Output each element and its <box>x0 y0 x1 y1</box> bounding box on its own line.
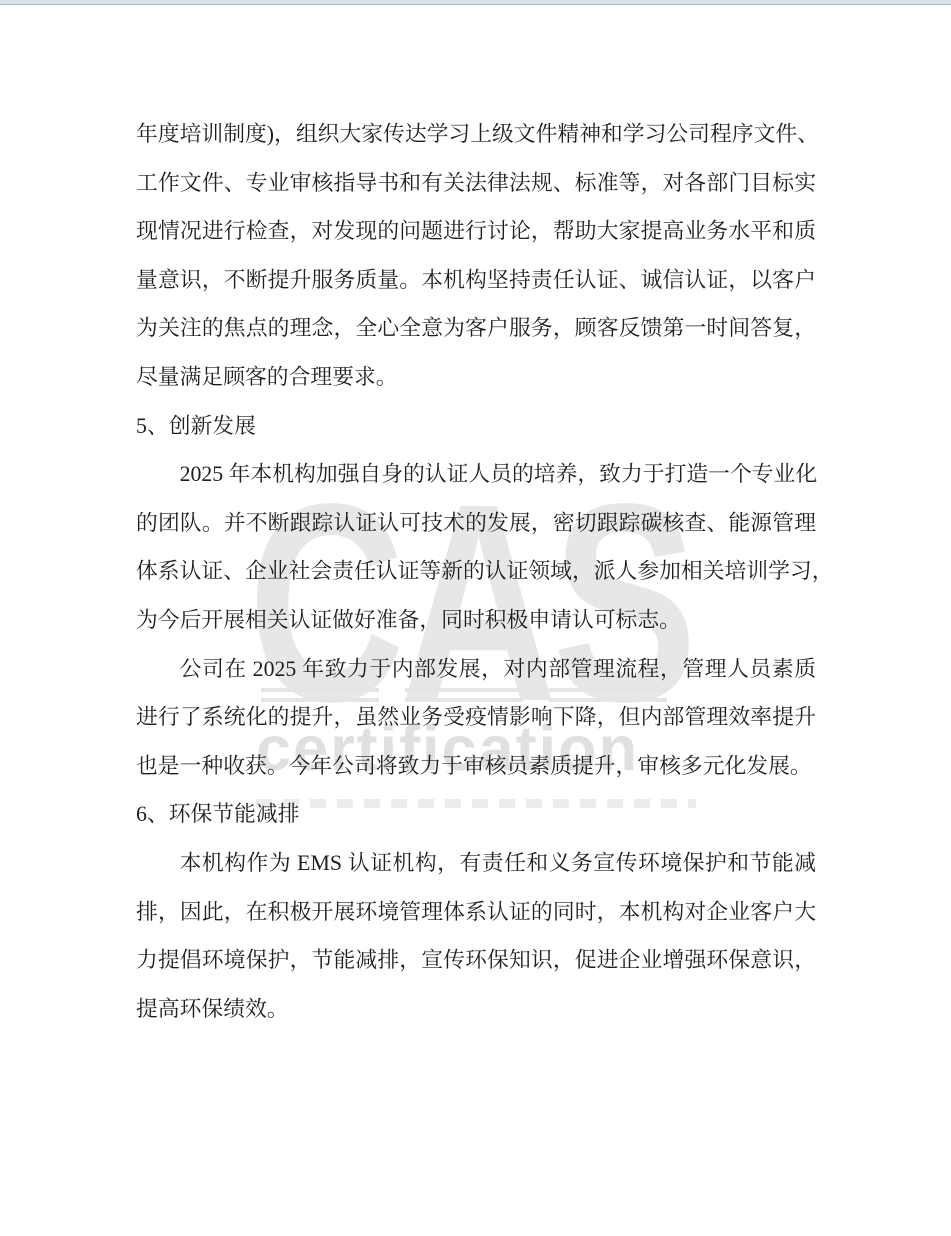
text-line: 尽量满足顾客的合理要求。 <box>136 353 816 402</box>
window-chrome-edge <box>0 0 951 5</box>
document-page: CAS certification 年度培训制度)，组织大家传达学习上级文件精神… <box>0 0 951 1236</box>
text-line: 公司在 2025 年致力于内部发展，对内部管理流程，管理人员素质 <box>136 645 816 694</box>
text-line: 排，因此，在积极开展环境管理体系认证的同时，本机构对企业客户大 <box>136 888 816 937</box>
document-text: 年度培训制度)，组织大家传达学习上级文件精神和学习公司程序文件、 工作文件、专业… <box>136 110 816 1033</box>
text-line: 的团队。并不断跟踪认证认可技术的发展，密切跟踪碳核查、能源管理 <box>136 499 816 548</box>
text-line: 体系认证、企业社会责任认证等新的认证领域，派人参加相关培训学习， <box>136 547 816 596</box>
text-line: 年度培训制度)，组织大家传达学习上级文件精神和学习公司程序文件、 <box>136 110 816 159</box>
text-line: 现情况进行检查，对发现的问题进行讨论，帮助大家提高业务水平和质 <box>136 207 816 256</box>
text-line: 也是一种收获。今年公司将致力于审核员素质提升，审核多元化发展。 <box>136 742 816 791</box>
text-line: 本机构作为 EMS 认证机构，有责任和义务宣传环境保护和节能减 <box>136 839 816 888</box>
text-line: 为关注的焦点的理念，全心全意为客户服务，顾客反馈第一时间答复， <box>136 304 816 353</box>
section-heading-5: 5、创新发展 <box>136 402 816 451</box>
text-line: 进行了系统化的提升，虽然业务受疫情影响下降，但内部管理效率提升 <box>136 693 816 742</box>
text-line: 工作文件、专业审核指导书和有关法律法规、标准等，对各部门目标实 <box>136 159 816 208</box>
text-line: 为今后开展相关认证做好准备，同时积极申请认可标志。 <box>136 596 816 645</box>
text-line: 2025 年本机构加强自身的认证人员的培养，致力于打造一个专业化 <box>136 450 816 499</box>
text-line: 提高环保绩效。 <box>136 985 816 1034</box>
section-heading-6: 6、环保节能减排 <box>136 790 816 839</box>
text-line: 力提倡环境保护，节能减排，宣传环保知识，促进企业增强环保意识， <box>136 936 816 985</box>
text-line: 量意识，不断提升服务质量。本机构坚持责任认证、诚信认证，以客户 <box>136 256 816 305</box>
